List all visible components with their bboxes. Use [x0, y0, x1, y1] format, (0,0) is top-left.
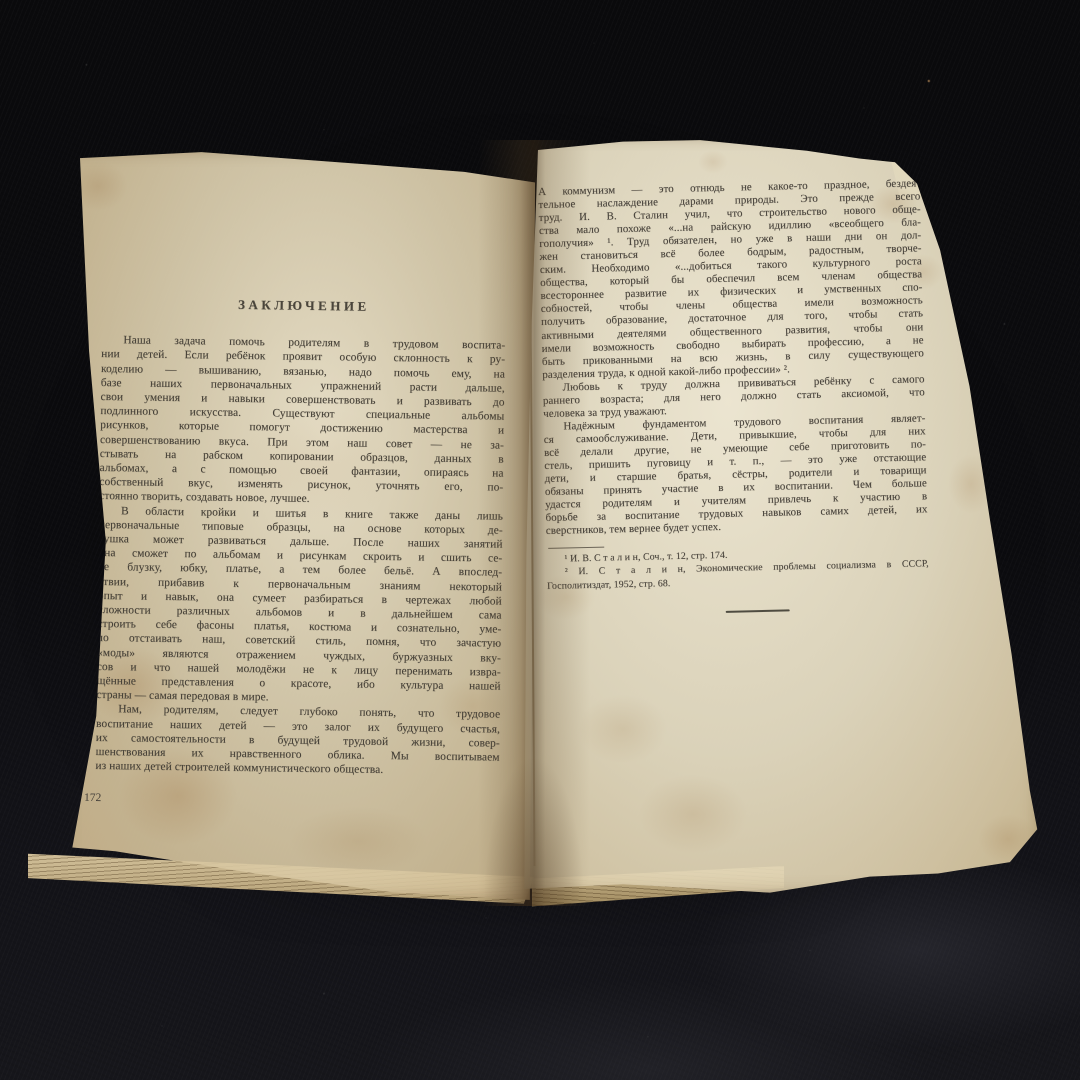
paper-stain: [638, 774, 748, 854]
left-page-text: ЗАКЛЮЧЕНИЕ Наша задача помочь родителям …: [95, 296, 506, 779]
paper-stain: [578, 694, 668, 764]
page-number: 172: [84, 792, 101, 804]
right-page-text: А коммунизм — это отнюдь не какое-то пра…: [538, 177, 930, 617]
left-page-lines: Наша задача помочь родителям в трудовом …: [95, 333, 505, 779]
end-mark: [726, 609, 790, 613]
right-page-lines: А коммунизм — это отнюдь не какое-то пра…: [538, 177, 928, 538]
photo-background: ЗАКЛЮЧЕНИЕ Наша задача помочь родителям …: [0, 0, 1080, 1080]
book-page-left: ЗАКЛЮЧЕНИЕ Наша задача помочь родителям …: [58, 146, 536, 906]
chapter-heading: ЗАКЛЮЧЕНИЕ: [102, 296, 506, 316]
footnotes: ¹ И. В. С т а л и н, Соч., т. 12, стр. 1…: [546, 545, 929, 593]
paper-stain: [698, 150, 728, 174]
paper-stain: [288, 806, 428, 876]
footnote-separator: [548, 547, 604, 549]
